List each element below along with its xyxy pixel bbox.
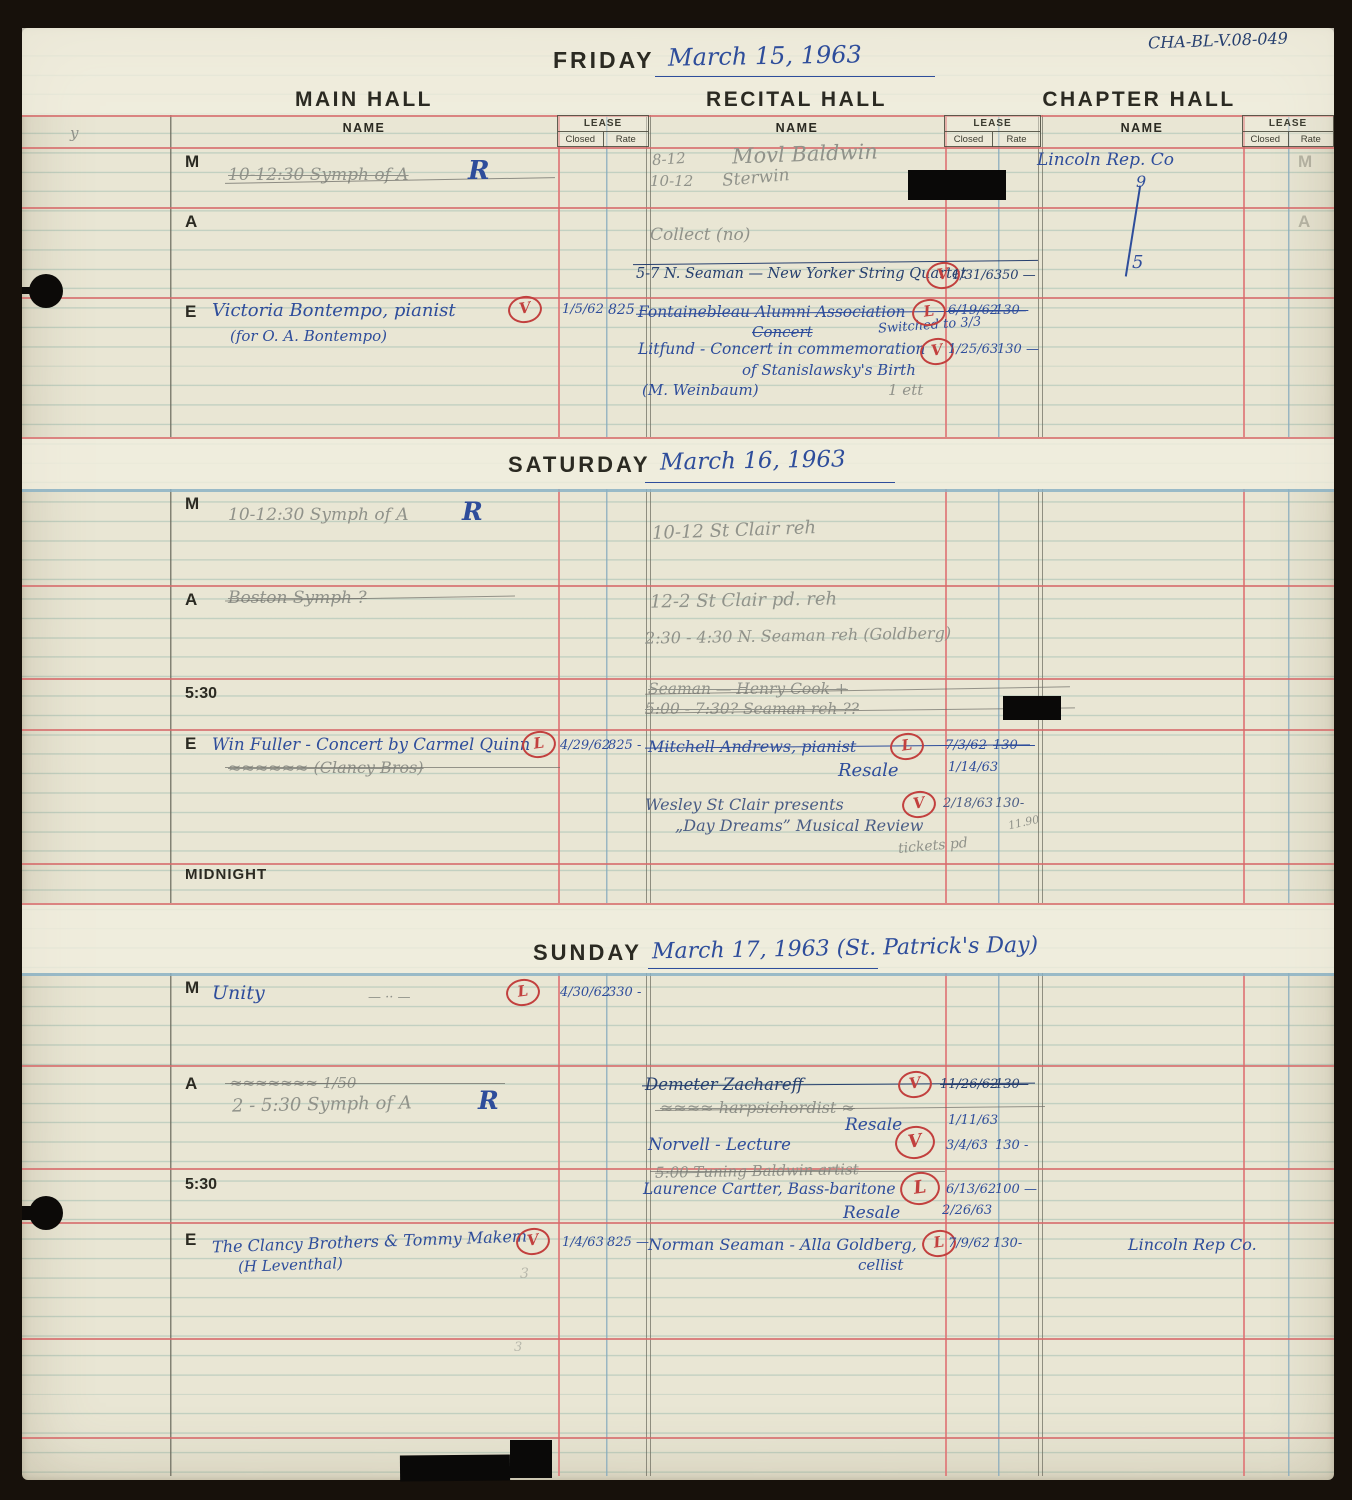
- lease-closed-label: Closed: [945, 132, 993, 147]
- lease-label: LEASE: [1243, 116, 1333, 132]
- entry-friday-main-evening-line2: (for O. A. Bontempo): [230, 327, 387, 345]
- redaction-box: [510, 1440, 552, 1478]
- lease-closed-label: Closed: [1243, 132, 1289, 147]
- column-header-name-recital: NAME: [650, 121, 944, 135]
- entry-saturday-recital-evening1-resale: Resale: [838, 760, 899, 781]
- faint-pencil-mark: 3: [520, 1266, 529, 1282]
- entry-sunday-recital-530b-closed: 6/13/62: [946, 1182, 996, 1197]
- row-label-sunday-m: M: [185, 978, 199, 998]
- row-label-sunday-530: 5:30: [185, 1176, 217, 1194]
- entry-friday-chapter-number: 9: [1136, 172, 1146, 191]
- entry-saturday-recital-evening1-closed: 7/3/62: [945, 738, 987, 753]
- row-rule: [22, 863, 1334, 865]
- lease-header-recital: LEASE ClosedRate: [944, 115, 1041, 147]
- row-label-saturday-m: M: [185, 494, 199, 514]
- entry-friday-recital-evening2-line3: (M. Weinbaum): [642, 381, 759, 399]
- entry-sunday-recital-resale-date: 1/11/63: [948, 1113, 998, 1128]
- entry-friday-chapter-number2: 5: [1132, 252, 1143, 273]
- row-rule: [22, 147, 1334, 149]
- entry-saturday-main-evening-closed: 4/29/62: [560, 738, 610, 753]
- lease-rate-label: Rate: [604, 132, 649, 147]
- row-label-friday-e: E: [185, 302, 196, 322]
- entry-sunday-recital-afternoon3: Norvell - Lecture: [648, 1135, 791, 1154]
- entry-saturday-main-morning: 10-12:30 Symph of A: [228, 505, 409, 525]
- entry-sunday-recital-evening-closed: 7/9/62: [948, 1236, 990, 1251]
- entry-friday-recital-evening2: Litfund - Concert in commemoration: [638, 340, 925, 358]
- entry-friday-recital-morning-name1: Movl Baldwin: [732, 139, 878, 168]
- column-header-name-main: NAME: [170, 121, 558, 135]
- entry-saturday-main-evening: Win Fuller - Concert by Carmel Quinn: [212, 735, 530, 754]
- entry-friday-recital-evening1-closed: 6/19/62: [948, 303, 998, 318]
- entry-saturday-recital-530b: 5:00 - 7:30? Seaman reh ??: [645, 700, 859, 718]
- strike-line: [225, 767, 560, 768]
- redaction-box: [1003, 696, 1061, 720]
- entry-friday-recital-seaman-rate: 50 —: [1002, 268, 1036, 283]
- entry-sunday-recital-530b-resale: Resale: [843, 1203, 900, 1223]
- entry-sunday-recital-resale: Resale: [845, 1115, 902, 1135]
- entry-sunday-main-afternoon2: 2 - 5:30 Symph of A: [232, 1092, 412, 1116]
- entry-saturday-recital-evening2: Wesley St Clair presents: [645, 795, 844, 814]
- entry-sunday-recital-evening: Norman Seaman - Alla Goldberg,: [648, 1235, 917, 1254]
- row-rule: [22, 1065, 1334, 1067]
- entry-saturday-main-evening-rate: 825 -: [608, 738, 641, 753]
- entry-sunday-recital-afternoon1-closed: 11/26/62: [940, 1077, 998, 1092]
- entry-friday-recital-afternoon: Collect (no): [650, 225, 750, 245]
- entry-saturday-recital-evening2-closed: 2/18/63: [943, 796, 993, 811]
- entry-saturday-recital-evening1-rate: 130 —: [993, 738, 1035, 753]
- entry-saturday-recital-evening2-line2: „Day Dreams” Musical Review: [675, 816, 923, 835]
- row-rule: [22, 297, 1334, 299]
- entry-sunday-main-morning-closed: 4/30/62: [560, 985, 610, 1000]
- column-grid-sunday: [170, 973, 1334, 1476]
- entry-sunday-main-morning: Unity: [212, 982, 265, 1004]
- row-label-friday-m: M: [185, 152, 199, 172]
- lease-label: LEASE: [945, 116, 1040, 132]
- entry-friday-recital-evening1-rate: 130 -: [995, 303, 1028, 318]
- title-underline: [655, 76, 935, 77]
- entry-saturday-recital-evening2-rate: 130-: [995, 796, 1024, 811]
- entry-sunday-main-evening-rate: 825 —: [607, 1235, 649, 1250]
- row-label-sunday-e: E: [185, 1230, 196, 1250]
- row-label-saturday-e: E: [185, 734, 196, 754]
- entry-saturday-recital-afternoon1: 12-2 St Clair pd. reh: [650, 588, 837, 612]
- day-date-friday: March 15, 1963: [668, 40, 862, 71]
- row-rule: [22, 903, 1334, 905]
- entry-sunday-main-morning-rate: 330 -: [608, 985, 641, 1000]
- entry-sunday-recital-530b: Laurence Cartter, Bass-baritone: [643, 1180, 896, 1198]
- row-rule: [22, 1437, 1334, 1439]
- entry-friday-recital-evening2-rate: 130 —: [997, 342, 1039, 357]
- row-rule: [22, 729, 1334, 731]
- entry-friday-recital-evening2-closed: 1/25/63: [948, 342, 998, 357]
- lease-header-main: LEASE ClosedRate: [557, 115, 649, 147]
- hall-title-chapter: CHAPTER HALL: [1034, 88, 1244, 112]
- hole-punch-notch: [22, 287, 36, 294]
- entry-friday-recital-evening2-line2: of Stanislawsky's Birth: [742, 361, 916, 379]
- section-top-rule: [22, 973, 1334, 976]
- row-label-sunday-a: A: [185, 1074, 197, 1094]
- entry-saturday-recital-evening1-resale-date: 1/14/63: [948, 760, 998, 775]
- row-rule: [22, 1338, 1334, 1340]
- entry-sunday-chapter-evening: Lincoln Rep Co.: [1128, 1235, 1257, 1254]
- entry-sunday-main-evening-line2: (H Leventhal): [238, 1254, 343, 1276]
- entry-saturday-main-morning-mark: R: [462, 497, 483, 526]
- lease-label: LEASE: [558, 116, 648, 132]
- entry-sunday-main-evening-closed: 1/4/63: [562, 1235, 604, 1250]
- row-label-friday-a: A: [185, 212, 197, 232]
- faint-pencil-mark: 3: [514, 1340, 522, 1355]
- row-rule: [22, 437, 1334, 439]
- hall-title-recital: RECITAL HALL: [648, 88, 945, 112]
- row-label-saturday-530: 5:30: [185, 685, 217, 703]
- row-label-saturday-a: A: [185, 590, 197, 610]
- entry-sunday-main-afternoon2-mark: R: [478, 1086, 499, 1115]
- row-rule: [22, 585, 1334, 587]
- redaction-box: [400, 1455, 510, 1482]
- strike-line: [225, 1083, 505, 1084]
- entry-sunday-recital-evening-rate: 130-: [993, 1236, 1022, 1251]
- entry-friday-recital-morning-time2: 10-12: [650, 172, 693, 190]
- day-title-friday: FRIDAY: [553, 47, 655, 74]
- entry-friday-chapter-morning: Lincoln Rep. Co: [1037, 150, 1174, 170]
- lease-rate-label: Rate: [1289, 132, 1334, 147]
- day-title-saturday: SATURDAY: [508, 452, 651, 478]
- entry-sunday-recital-evening-line2: cellist: [858, 1256, 903, 1274]
- entry-friday-main-evening-closed: 1/5/62: [562, 302, 604, 317]
- title-underline: [648, 968, 878, 969]
- entry-sunday-recital-afternoon3-closed: 3/4/63: [946, 1138, 988, 1153]
- lease-header-chapter: LEASE ClosedRate: [1242, 115, 1334, 147]
- row-rule: [22, 1222, 1334, 1224]
- entry-friday-recital-evening1-line2: Concert: [752, 323, 813, 341]
- redaction-box: [908, 170, 1006, 200]
- entry-friday-recital-seaman: 5-7 N. Seaman — New Yorker String Quarte…: [636, 266, 966, 282]
- entry-sunday-recital-afternoon3-rate: 130 -: [995, 1138, 1028, 1153]
- entry-sunday-recital-530b-resale-date: 2/26/63: [942, 1203, 992, 1218]
- entry-sunday-recital-530b-rate: 100 —: [995, 1182, 1037, 1197]
- row-label-saturday-midnight: MIDNIGHT: [185, 866, 267, 883]
- strike-line: [650, 1171, 945, 1172]
- title-underline: [645, 482, 895, 483]
- day-title-sunday: SUNDAY: [533, 940, 642, 966]
- row-rule: [22, 115, 1334, 117]
- row-label-edge-a: A: [1298, 212, 1310, 232]
- entry-friday-recital-morning-time1: 8-12: [651, 149, 686, 169]
- entry-sunday-main-morning-dashes: — ·· —: [368, 990, 411, 1005]
- column-header-name-chapter: NAME: [1042, 121, 1242, 135]
- entry-saturday-recital-530a: Seaman — Henry Cook +: [648, 680, 848, 698]
- entry-friday-main-evening: Victoria Bontempo, pianist: [212, 300, 456, 321]
- lease-rate-label: Rate: [993, 132, 1040, 147]
- day-date-saturday: March 16, 1963: [660, 446, 846, 475]
- entry-friday-main-morning-mark: R: [468, 156, 490, 186]
- entry-friday-recital-evening2-note: 1 ett: [888, 381, 923, 399]
- entry-sunday-recital-afternoon1-rate: 130 -: [995, 1077, 1028, 1092]
- margin-mark: y: [70, 124, 78, 142]
- hall-title-main: MAIN HALL: [170, 88, 558, 112]
- lease-closed-label: Closed: [558, 132, 604, 147]
- entry-friday-recital-seaman-closed: 1/31/63: [952, 268, 1002, 283]
- section-top-rule: [22, 489, 1334, 492]
- row-label-edge-m: M: [1298, 152, 1312, 172]
- hole-punch-notch: [22, 1206, 35, 1220]
